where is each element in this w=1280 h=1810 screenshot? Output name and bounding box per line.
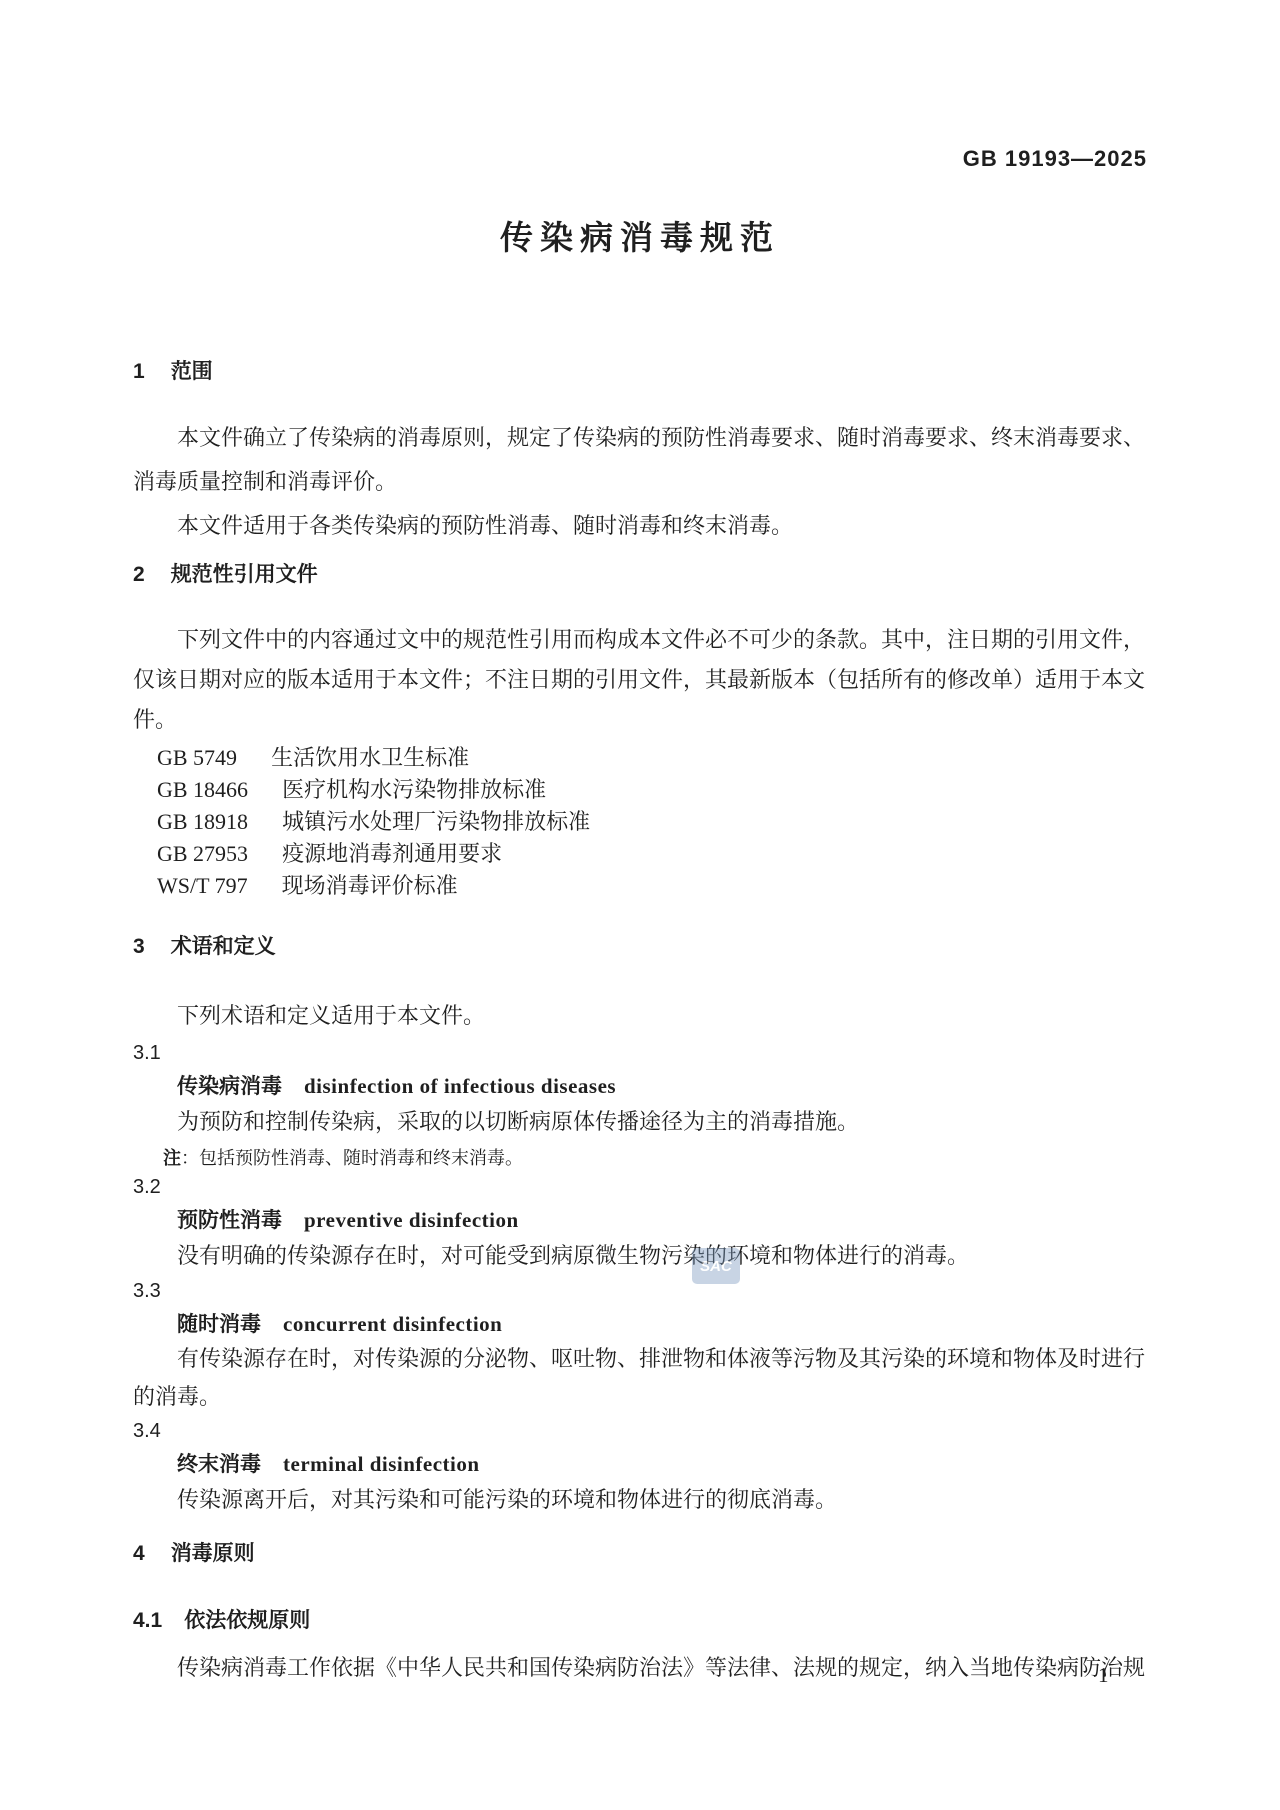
section-3-number: 3 (133, 933, 145, 961)
section-2-intro: 下列文件中的内容通过文中的规范性引用而构成本文件必不可少的条款。其中，注日期的引… (133, 620, 1147, 740)
term-3-3-title: 随时消毒concurrent disinfection (133, 1309, 1147, 1340)
document-title: 传染病消毒规范 (133, 216, 1147, 260)
note-text: ：包括预防性消毒、随时消毒和终末消毒。 (181, 1148, 523, 1168)
section-4-heading: 4消毒原则 (133, 1540, 1147, 1568)
term-3-1-zh: 传染病消毒 (177, 1075, 282, 1098)
reference-title: 医疗机构水污染物排放标准 (282, 777, 546, 802)
term-3-4-number: 3.4 (133, 1418, 1147, 1444)
term-3-4-title: 终末消毒terminal disinfection (133, 1449, 1147, 1480)
term-3-2-definition: 没有明确的传染源存在时，对可能受到病原微生物污染的环境和物体进行的消毒。 (133, 1236, 1147, 1276)
section-2-number: 2 (133, 561, 145, 589)
section-2-title: 规范性引用文件 (171, 563, 318, 586)
page-number: 1 (1098, 1662, 1109, 1688)
term-3-4-definition: 传染源离开后，对其污染和可能污染的环境和物体进行的彻底消毒。 (133, 1480, 1147, 1520)
standard-number: GB 19193—2025 (133, 146, 1147, 172)
section-4-number: 4 (133, 1540, 145, 1568)
reference-code: GB 5749 (157, 745, 237, 770)
term-3-1-number: 3.1 (133, 1040, 1147, 1066)
section-1-title: 范围 (171, 360, 213, 383)
term-3-1-title: 传染病消毒disinfection of infectious diseases (133, 1071, 1147, 1102)
section-1-heading: 1范围 (133, 358, 1147, 386)
note-label: 注 (163, 1148, 181, 1168)
term-3-1-definition: 为预防和控制传染病，采取的以切断病原体传播途径为主的消毒措施。 (133, 1102, 1147, 1142)
term-3-1-en: disinfection of infectious diseases (304, 1074, 616, 1098)
reference-item: WS/T 797现场消毒评价标准 (133, 870, 1147, 902)
reference-item: GB 18918城镇污水处理厂污染物排放标准 (133, 806, 1147, 838)
section-4-1-heading: 4.1依法依规原则 (133, 1607, 1147, 1635)
reference-code: GB 18918 (157, 809, 248, 834)
reference-item: GB 18466医疗机构水污染物排放标准 (133, 774, 1147, 806)
term-3-3-en: concurrent disinfection (283, 1312, 502, 1336)
term-3-3-zh: 随时消毒 (177, 1313, 261, 1336)
normative-references-list: GB 5749生活饮用水卫生标准 GB 18466医疗机构水污染物排放标准 GB… (133, 742, 1147, 902)
section-1-paragraph-2: 本文件适用于各类传染病的预防性消毒、随时消毒和终末消毒。 (133, 504, 1147, 548)
section-3-heading: 3术语和定义 (133, 933, 1147, 961)
reference-code: GB 27953 (157, 841, 248, 866)
reference-title: 现场消毒评价标准 (282, 873, 458, 898)
section-3-title: 术语和定义 (171, 935, 276, 958)
term-3-4-en: terminal disinfection (283, 1452, 480, 1476)
section-4-1-number: 4.1 (133, 1607, 162, 1635)
section-3-intro: 下列术语和定义适用于本文件。 (133, 994, 1147, 1038)
reference-item: GB 27953疫源地消毒剂通用要求 (133, 838, 1147, 870)
document-page: GB 19193—2025 传染病消毒规范 1范围 本文件确立了传染病的消毒原则… (0, 0, 1280, 1810)
reference-title: 城镇污水处理厂污染物排放标准 (282, 809, 590, 834)
section-1-number: 1 (133, 358, 145, 386)
term-3-3-number: 3.3 (133, 1278, 1147, 1304)
term-3-4-zh: 终末消毒 (177, 1453, 261, 1476)
term-3-3-definition: 有传染源存在时，对传染源的分泌物、呕吐物、排泄物和体液等污物及其污染的环境和物体… (133, 1340, 1147, 1416)
section-4-1-title: 依法依规原则 (184, 1609, 310, 1632)
reference-title: 生活饮用水卫生标准 (271, 745, 469, 770)
reference-code: GB 18466 (157, 777, 248, 802)
section-1-paragraph-1: 本文件确立了传染病的消毒原则，规定了传染病的预防性消毒要求、随时消毒要求、终末消… (133, 416, 1147, 504)
term-3-2-title: 预防性消毒preventive disinfection (133, 1205, 1147, 1236)
term-3-2-zh: 预防性消毒 (177, 1209, 282, 1232)
reference-item: GB 5749生活饮用水卫生标准 (133, 742, 1147, 774)
section-2-heading: 2规范性引用文件 (133, 561, 1147, 589)
reference-code: WS/T 797 (157, 873, 248, 898)
term-3-2-en: preventive disinfection (304, 1208, 519, 1232)
section-4-1-paragraph: 传染病消毒工作依据《中华人民共和国传染病防治法》等法律、法规的规定，纳入当地传染… (133, 1646, 1147, 1690)
term-3-1-note: 注：包括预防性消毒、随时消毒和终末消毒。 (163, 1144, 1147, 1172)
sac-watermark: SAC (692, 1248, 740, 1284)
section-4-title: 消毒原则 (171, 1542, 255, 1565)
reference-title: 疫源地消毒剂通用要求 (282, 841, 502, 866)
term-3-2-number: 3.2 (133, 1174, 1147, 1200)
